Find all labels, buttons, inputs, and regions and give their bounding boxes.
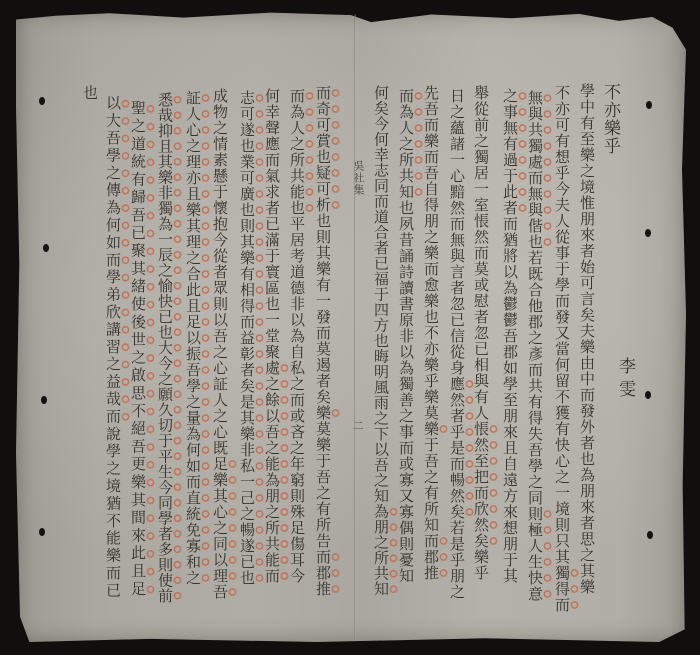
emphasis-circles [305,88,314,216]
page-number: 二 [351,420,363,432]
text-column: 先吾而樂而吾自得朋之樂而愈樂也不亦樂乎樂莫樂于吾之有所知而郡推 [423,85,439,581]
text-column: 無與共獨處而無與偕也若既合他郡之彥而共有得失吾學之同則極人生快意 [527,90,543,602]
emphasis-circles [414,88,423,200]
text-column: 以大吾學之傳為何如而學弟欣講習之益哉而說學之境猶不能樂而已 [105,95,121,600]
emphasis-circles [331,405,340,421]
binding-hole [39,97,45,105]
binding-hole [646,101,652,109]
emphasis-circles [543,506,552,602]
emphasis-circles [228,456,237,600]
emphasis-circles [146,100,155,598]
column-text: 何幸聲應而氣求者已滿于寰區也一堂聚處之餘以吾之能為朋之所共能而 [264,88,280,584]
text-column: 何矣今何幸志同而道合者已福于四方也晦明風雨之下以吾之知為朋之所共知 [373,85,389,597]
column-text: 何矣今何幸志同而道合者已福于四方也晦明風雨之下以吾之知為朋之所共知 [373,85,389,597]
emphasis-circles [280,360,289,584]
text-column: 學中有至樂之境惟朋來者始可言矣夫樂由中而發外者也為朋來者思之其樂 [579,83,595,595]
column-text: 無與共獨處而無與偕也若既合他郡之彥而共有得失吾學之同則極人生快意 [527,90,543,602]
emphasis-circles [439,421,448,437]
text-column: 而為人之所共能也平居考道德非以為自私之而或吝之年窮則殊足傷耳今 [289,88,305,584]
column-text: 以大吾學之傳為何如而學弟欣講習之益哉而說學之境猶不能樂而已 [105,95,121,600]
column-text: 而奇可賞也疑可析也則其樂有一發而莫遏者矣樂莫樂于吾之有所告而郡推 [315,85,331,597]
essay-title: 不亦樂乎 [601,83,619,155]
text-column: 悉哉抑且其樂非獨為一辰之愉快已也大今之願久切于平生今同學者多則使前 [157,92,173,604]
page-number-column: 二 [351,420,367,432]
text-column: 聖之道統有歸吾已聚其緒使後世之啟思不絕吾更樂其間來此且足 [130,100,146,598]
emphasis-circles [255,90,264,586]
emphasis-circles [173,92,182,604]
column-text: 日之蘊諸一心黯然而無與言者忽已信從身應然者乎是而暢然矣若是乎朋之 [449,88,465,600]
column-text: 成物之情素懸于懷抱今從者眾則以吾之心証人之心既足樂其心之同以理吾 [212,88,228,600]
text-column: 日之蘊諸一心黯然而無與言者忽已信從身應然者乎是而暢然矣若是乎朋之 [449,88,465,600]
column-text: 聖之道統有歸吾已聚其緒使後世之啟思不絕吾更樂其間來此且足 [130,100,146,598]
essay-title-column: 不亦樂乎 [601,83,617,155]
emphasis-circles [389,504,398,597]
emphasis-circles [543,90,552,250]
column-text: 而為人之所共知也夙昔誦詩讀書原非以為獨善之事而或寡又寡偶則憂知 [398,88,414,584]
text-column: 而奇可賞也疑可析也則其樂有一發而莫遏者矣樂莫樂于吾之有所告而郡推 [315,85,331,597]
margin-collection-title: 吳社集 [352,160,364,196]
emphasis-circles [489,421,498,549]
text-column: 也 [82,85,98,101]
emphasis-circles [518,88,527,216]
binding-hole [43,244,49,252]
column-text: 也 [82,85,98,101]
binding-hole [645,391,651,399]
text-column: 何幸聲應而氣求者已滿于寰區也一堂聚處之餘以吾之能為朋之所共能而 [264,88,280,584]
column-text: 之事無有過于此者而猶將以為鬱鬱吾郡如學至朋來且自遠方來想朋于其 [502,88,518,584]
text-column: 証人心之理亦且樂其理之合此且足以振吾學之量為何如而直統免寡和之 [185,90,201,586]
binding-hole [647,531,653,539]
column-text: 志可遂也業可廣也則其樂有相得而益彰者矣是其樂非私一己之暢遂已也 [239,90,255,586]
emphasis-circles [465,376,474,520]
text-column: 而為人之所共知也夙昔誦詩讀書原非以為獨善之事而或寡又寡偶則憂知 [398,88,414,584]
text-column: 志可遂也業可廣也則其樂有相得而益彰者矣是其樂非私一己之暢遂已也 [239,90,255,586]
column-text: 舉從前之獨居一室悵然而莫或慰者忽已相與有人悵然至把而欣然矣樂乎 [473,85,489,581]
emphasis-circles [439,533,448,581]
text-column: 舉從前之獨居一室悵然而莫或慰者忽已相與有人悵然至把而欣然矣樂乎 [473,85,489,581]
emphasis-circles [331,549,340,597]
author-name: 李雯 [616,357,634,403]
margin-collection-column: 吳社集 [352,160,368,196]
center-fold [354,14,356,640]
binding-hole [41,396,47,404]
column-text: 而為人之所共能也平居考道德非以為自私之而或吝之年窮則殊足傷耳今 [289,88,305,584]
author-column: 李雯 [616,357,632,403]
emphasis-circles [331,85,340,213]
binding-hole [39,528,45,536]
text-column: 之事無有過于此者而猶將以為鬱鬱吾郡如學至朋來且自遠方來想朋于其 [502,88,518,584]
column-text: 悉哉抑且其樂非獨為一辰之愉快已也大今之願久切于平生今同學者多則使前 [157,92,173,604]
column-text: 不亦可有想乎今夫人從事于學而發又當何留不獲有快心之一境則只其獨得而 [554,85,570,613]
text-column: 不亦可有想乎今夫人從事于學而發又當何留不獲有快心之一境則只其獨得而 [554,85,570,613]
emphasis-circles [570,565,579,613]
column-text: 學中有至樂之境惟朋來者始可言矣夫樂由中而發外者也為朋來者思之其樂 [579,83,595,595]
emphasis-circles [121,95,130,426]
column-text: 証人心之理亦且樂其理之合此且足以振吾學之量為何如而直統免寡和之 [185,90,201,586]
emphasis-circles [201,90,210,586]
column-text: 先吾而樂而吾自得朋之樂而愈樂也不亦樂乎樂莫樂于吾之有所知而郡推 [423,85,439,581]
binding-hole [645,229,651,237]
text-column: 成物之情素懸于懷抱今從者眾則以吾之心証人之心既足樂其心之同以理吾 [212,88,228,600]
